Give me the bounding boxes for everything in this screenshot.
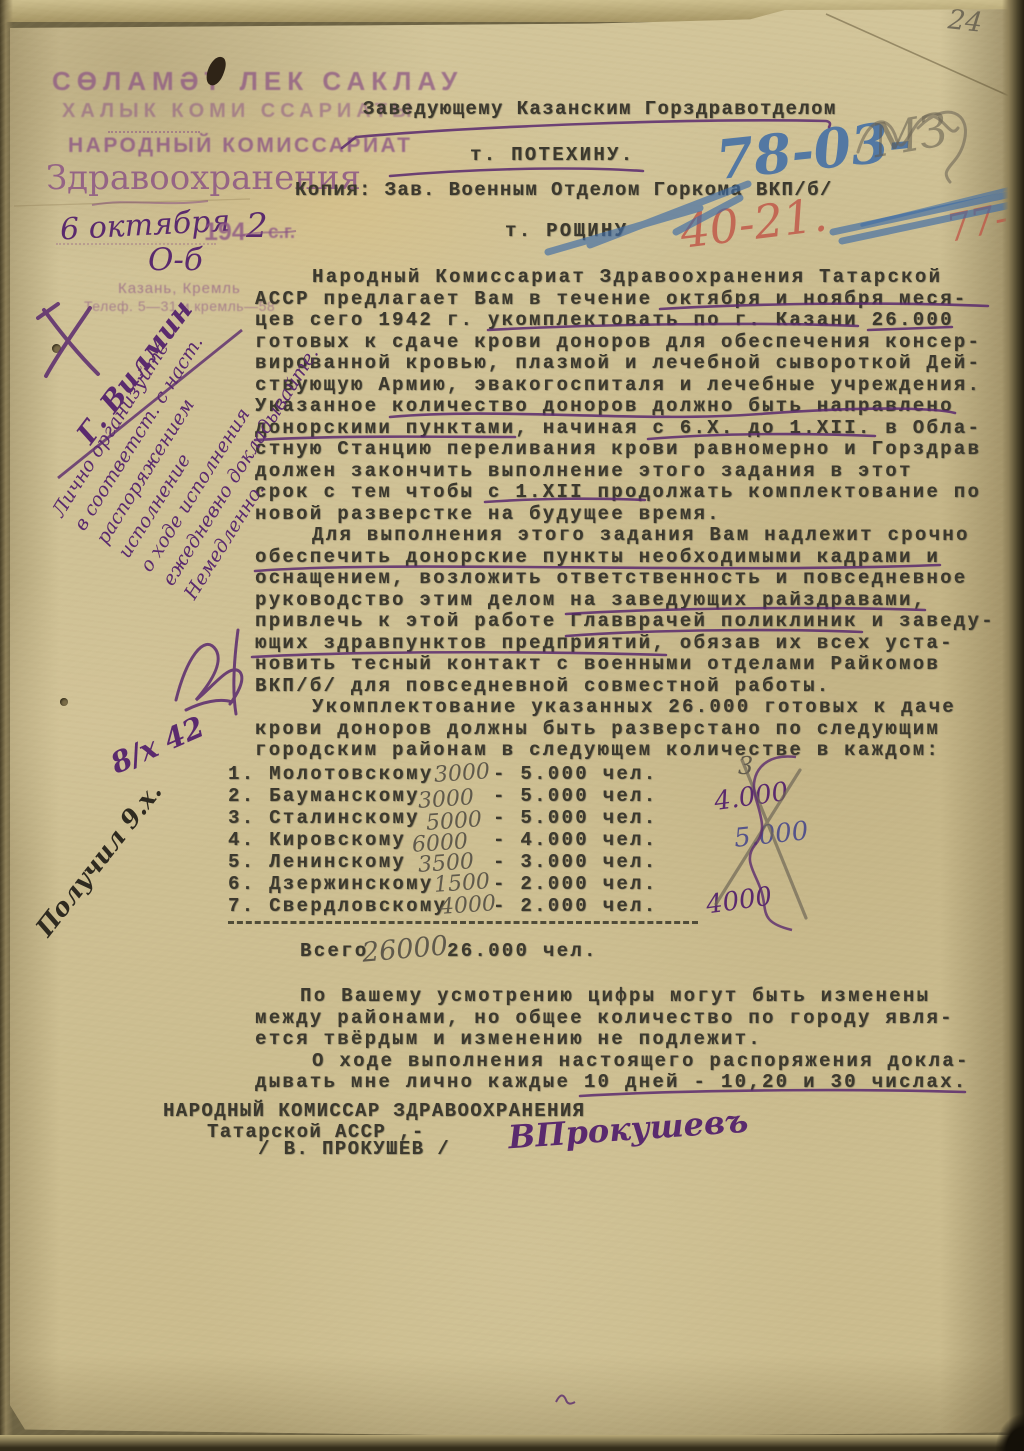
district-label: 4. Кировскому [228,829,406,851]
scan-edge-right [1002,0,1024,1451]
body-line: обеспечить донорские пункты необходимыми… [255,546,940,568]
body-line: дывать мне лично каждые 10 дней - 10,20 … [255,1071,968,1093]
body-line: привлечь к этой работе Главврачей поликл… [255,610,995,632]
body-line: ется твёрдым и изменению не подлежит. [255,1028,762,1050]
body-line: крови доноров должны быть разверстано по… [255,718,940,740]
date-year-handwritten: 2 [246,206,268,246]
body-line: ющих здравпунктов предприятий, обязав их… [255,632,954,654]
page-number: 24 [946,4,983,38]
body-line: ствующую Армию, эвакогоспиталя и лечебны… [255,374,981,396]
body-line: между районами, но общее количество по г… [255,1007,954,1029]
district-quota: - 5.000 чел. [493,763,657,785]
body-line: руководство этим делом на заведующих рай… [255,589,926,611]
brace-note-top: 3 [738,752,753,780]
body-line: новить тесный контакт с военными отделам… [255,653,940,675]
total-label: Всего [300,940,369,962]
district-label: 6. Дзержинскому [228,873,434,895]
body-line: городским районам в следующем количестве… [255,739,940,761]
scan-corner-shadow [978,1381,1024,1451]
body-line: О ходе выполнения настоящего распоряжени… [312,1050,970,1072]
body-line: вированной кровью, плазмой и лечебной сы… [255,352,981,374]
letterhead-tatar-line1: СӨЛАМӘТ ЛЕК САКЛАУ [52,66,463,97]
body-line: Народный Комиссариат Здравоохранения Тат… [312,266,942,288]
recipient-line-2: т. ПОТЕХИНУ. [470,144,634,166]
body-line: Указанное количество доноров должно быть… [255,395,954,417]
total-value: 26.000 чел. [447,940,598,962]
district-label: 5. Ленинскому [228,851,406,873]
letterhead-dotted-rule [108,131,200,133]
body-line: донорскими пунктами, начиная с 6.X. до 1… [255,417,981,439]
body-line: По Вашему усмотрению цифры могут быть из… [300,985,930,1007]
letterhead-narkom-line: НАРОДНЫЙ КОМИССАРИАТ [68,134,413,158]
body-line: готовых к сдаче крови доноров для обеспе… [255,331,981,353]
total-separator [228,921,698,924]
district-hw-number: 4000 [439,891,497,920]
body-line: цев сего 1942 г. укомплектовать по г. Ка… [255,309,954,331]
district-quota: - 5.000 чел. [493,807,657,829]
district-quota: - 2.000 чел. [493,895,657,917]
date-suffix: с.г. [268,222,295,244]
recipient-line-4: т. РОЩИНУ [505,220,628,242]
body-line: стную Станцию переливания крови равномер… [255,438,981,460]
body-line: должен закончить выполнение этого задани… [255,460,913,482]
body-line: АССР предлагает Вам в течение октября и … [255,288,968,310]
recipient-line-1: Заведующему Казанским Горздравотделом [363,98,837,120]
district-label: 7. Свердловскому [228,895,447,917]
district-quota: - 3.000 чел. [493,851,657,873]
district-quota: - 4.000 чел. [493,829,657,851]
body-line: оснащением, возложить ответственность и … [255,567,968,589]
district-label: 1. Молотовскому [228,763,434,785]
district-quota: - 5.000 чел. [493,785,657,807]
district-label: 2. Бауманскому [228,785,420,807]
district-quota: - 2.000 чел. [493,873,657,895]
body-line: ВКП/б/ для повседневной совместной работ… [255,675,830,697]
paper-hole [60,698,68,706]
document-number-handwritten: О-б [148,242,203,278]
district-hw-number: 3000 [433,759,491,788]
body-line: Для выполнения этого задания Вам надлежи… [312,524,970,546]
body-line: Укомплектование указанных 26.000 готовых… [312,696,956,718]
scan-edge-bottom [0,1435,1024,1451]
body-line: новой разверстке на будущее время. [255,503,721,525]
paper-hole [52,344,61,353]
district-label: 3. Сталинскому [228,807,420,829]
body-line: срок с тем чтобы с 1.XII продолжать комп… [255,481,981,503]
signature-name-line: / В. ПРОКУШЕВ / [258,1138,450,1160]
scanned-document: 24 СӨЛАМӘТ ЛЕК САКЛАУ ХАЛЫК КОМИ ССАРИАТ… [0,0,1024,1451]
